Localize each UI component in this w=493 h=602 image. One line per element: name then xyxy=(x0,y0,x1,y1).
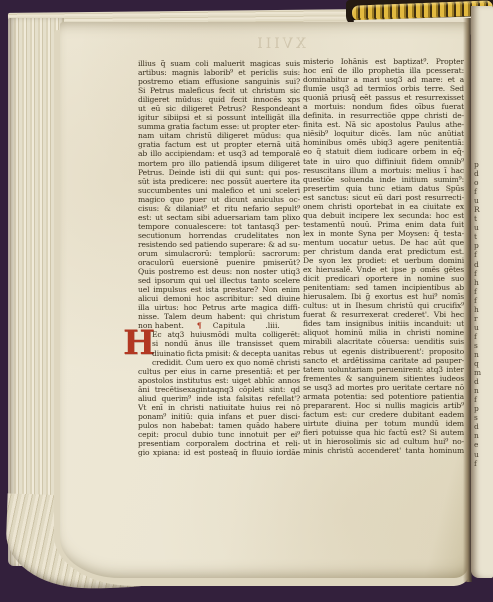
text-line: fides tam insignibus initiis incanduit: … xyxy=(303,319,464,328)
rubric-label: Capitula xyxy=(213,321,246,330)
text-line: diligeret mūdus: quid fecit innocēs xps xyxy=(138,95,300,104)
text-line: dominabitur a mari usq3 ad mare: et a xyxy=(303,75,464,84)
text-line: alicui demoni hoc ascribitur: sed diuine xyxy=(138,294,300,303)
line-fragment: t xyxy=(474,214,492,223)
line-fragment: u xyxy=(474,223,492,232)
text-line: mentum uocatur uetus. De hac aūt que xyxy=(303,238,464,247)
line-fragment: o xyxy=(474,178,492,187)
text-line: artibus: magnis laborib⁹ et periclis sui… xyxy=(138,68,300,77)
line-fragment: p xyxy=(474,160,492,169)
text-column-right: misterio Iohānis est baptizat⁹. Propterh… xyxy=(303,57,464,455)
text-line: cultus per eius in carne presentiā: et p… xyxy=(138,367,300,376)
line-fragment: f xyxy=(474,459,492,468)
line-fragment: f xyxy=(474,296,492,305)
text-line: eo q̃ statuit diem iudicare orbem in eq̃… xyxy=(303,147,464,156)
text-line: ut in hierosolimis sic ad cultum hui⁹ no… xyxy=(303,437,464,446)
text-line: ut eū sic diligeret Petrus? Respondeant xyxy=(138,104,300,113)
text-line: Quis postremo est deus: non noster utiq3 xyxy=(138,267,300,276)
text-line: dicit predicari oportere in nomine suo xyxy=(303,274,464,283)
text-line: fuerat & resurrexerat crederet'. Vbi hec xyxy=(303,310,464,319)
text-line: De syon lex prodiet: et uerbum domini xyxy=(303,256,464,265)
text-line: armata potentia: sed potentiore patienti… xyxy=(303,392,464,401)
text-line: se usq3 ad mortes pro ueritate certare n… xyxy=(303,383,464,392)
line-fragment: t xyxy=(474,232,492,241)
line-fragment: e xyxy=(474,440,492,449)
text-line: illa uirtus: hoc Petrus arte magica diff… xyxy=(138,303,300,312)
text-line: misterio Iohānis est baptizat⁹. Propter xyxy=(303,57,464,66)
text-line: āni trecētisexagintaqnq3 cōpleti sint: q… xyxy=(138,385,300,394)
text-line: Vt enī in christi natiuitate huius rei n… xyxy=(138,403,300,412)
text-line: illius q̃ suam coli maluerit magicas sui… xyxy=(138,59,300,68)
text-line: Ec atq3 huiusmōdi multa colligerēt: xyxy=(152,330,300,339)
text-line: magico quo puer ut dicunt aniculus oc- xyxy=(138,195,300,204)
text-line: factum est: cur credere dubitant eadem xyxy=(303,410,464,419)
rubric-line: non habent. ¶ Capitula .liii. xyxy=(138,321,300,330)
line-fragment: h xyxy=(474,305,492,314)
line-fragment: p xyxy=(474,404,492,413)
text-line: cultus: ut in Ihesum christū qui crucifi… xyxy=(303,301,464,310)
text-line: nam uitam christū diligeret mūdus: qua xyxy=(138,131,300,140)
line-fragment: p xyxy=(474,241,492,250)
line-fragment: f xyxy=(474,250,492,259)
text-line: postremo etiam effusione sanguinis sui? xyxy=(138,77,300,86)
line-fragment: u xyxy=(474,450,492,459)
line-fragment: f xyxy=(474,269,492,278)
text-line: flumīe usq3 ad termīos orbis terre. Sed xyxy=(303,84,464,93)
line-fragment: u xyxy=(474,323,492,332)
line-fragment: d xyxy=(474,422,492,431)
text-line: cisus: & dilaniat⁹ et ritu nefario sepul… xyxy=(138,204,300,213)
text-line: gio xpiana: id est posteaq̃ in fluuio io… xyxy=(138,448,300,457)
text-line: hoc enī de illo prophetia illa pcesserat… xyxy=(303,66,464,75)
line-fragment: f xyxy=(474,187,492,196)
text-line: tatem uoluntariam peruenirent: atq3 inte… xyxy=(303,365,464,374)
line-fragment: m xyxy=(474,368,492,377)
text-line: niēsib⁹ loquitur dicēs. Iam nūc anūtiat xyxy=(303,129,464,138)
text-line: uirtute diuina per totum mundū idem xyxy=(303,419,464,428)
text-line: minis christū accenderet' tanta hominum xyxy=(303,446,464,455)
line-fragment: r xyxy=(474,314,492,323)
text-line: prepararent. Hoc si nullis magicis artib… xyxy=(303,401,464,410)
text-line: questiōe soluenda inde initium sumim⁹: xyxy=(303,175,464,184)
text-line: testamentū nouū. Prima enim data fuit xyxy=(303,220,464,229)
text-line: sed ipsorum qui uel illectus tanto scele… xyxy=(138,276,300,285)
text-line: ex hierusalē. Vnde et ipse p omēs gētes xyxy=(303,265,464,274)
text-line: sūt ista predicere: nec possūt auertere … xyxy=(138,177,300,186)
text-line: succumbentes uni malefico et uni sceleri xyxy=(138,186,300,195)
text-line: diuinatio ficta pmisit: & decepta uanita… xyxy=(152,349,300,358)
text-line: per christum danda erat predictum est. xyxy=(303,247,464,256)
text-line: Si Petrus maleficus fecit ut christum si… xyxy=(138,86,300,95)
text-line: fieri potuisse qua hic factū est? Si aut… xyxy=(303,428,464,437)
line-fragment: s xyxy=(474,341,492,350)
text-line: tate in uiro quo diffiniuit fidem omnib⁹ xyxy=(303,157,464,166)
line-fragment: f xyxy=(474,395,492,404)
line-fragment: d xyxy=(474,169,492,178)
text-line: oraculorū euersionē puenire pmiserūt? xyxy=(138,258,300,267)
photo-of-open-book: XVIII illius q̃ suam coli maluerit magic… xyxy=(0,0,493,602)
text-line: apostolos institutus est: uiget abhīc an… xyxy=(138,376,300,385)
text-line: sancto et ardētissima caritate ad pauper… xyxy=(303,356,464,365)
line-fragment: d xyxy=(474,377,492,386)
line-fragment: q xyxy=(474,359,492,368)
rubric-before: non habent. xyxy=(138,321,184,330)
text-line: est: ut sectam sibi aduersariam tam plix… xyxy=(138,213,300,222)
pilcrow-icon: ¶ xyxy=(197,321,202,330)
text-line: cepit: procul dubio tunc innotuit per ei… xyxy=(138,430,300,439)
line-fragment: R xyxy=(474,205,492,214)
text-line: secutionum horrendas crudelitates non xyxy=(138,231,300,240)
text-line: rebus ut egenis distribuerent': proposit… xyxy=(303,347,464,356)
text-line: onem christi oportebat in ea ciuitate ex xyxy=(303,202,464,211)
column-upper-lines: illius q̃ suam coli maluerit magicas sui… xyxy=(138,59,300,321)
text-line: credidit. Cum uero ex quo nomē christi xyxy=(152,358,300,367)
text-line: nisse. Talem deum habent: qui christum xyxy=(138,312,300,321)
text-line: finita est. Nā sic apostolus Paulus athe… xyxy=(303,120,464,129)
line-fragment: n xyxy=(474,431,492,440)
text-line: mortem pro illo patiendā ipsum diligeret xyxy=(138,159,300,168)
text-line: resistendo sed patiendo superare: & ad s… xyxy=(138,240,300,249)
text-line: tempore conualescere: tot tantasq3 per- xyxy=(138,222,300,231)
text-line: frementes & sanguinem sitientes iudeos xyxy=(303,374,464,383)
column-lower-lines: Ec atq3 huiusmōdi multa colligerēt:si no… xyxy=(138,330,300,457)
line-fragment: n xyxy=(474,350,492,359)
text-line: definita. in resurrectiōe qppe christi d… xyxy=(303,111,464,120)
text-column-left: illius q̃ suam coli maluerit magicas sui… xyxy=(138,59,300,457)
text-line: ponam⁹ initiū: quia infans et puer disci… xyxy=(138,412,300,421)
text-line: summa gratia factum esse: ut propter ete… xyxy=(138,122,300,131)
text-line: quoniā priusq̃ eēt passus et resurrexiss… xyxy=(303,93,464,102)
text-line: ab illo accipiendam: et usq3 ad temporal… xyxy=(138,149,300,158)
text-line: est sanctus: sicut eū dari post resurrec… xyxy=(303,193,464,202)
facing-page-line-fragments: pdofuRtutpfdfhffhrufsnqmdnfpsdneuf xyxy=(474,160,492,468)
text-line: qua debuit incipere lex secunda: hoc est xyxy=(303,211,464,220)
text-line: presentiam corporalem doctrina et reli- xyxy=(138,439,300,448)
text-line: hominibus omēs ubiq3 agere penitentiā: xyxy=(303,138,464,147)
text-line: a mortuis: nondum fides oībus fuerat xyxy=(303,102,464,111)
text-line: presertim quia tunc etiam datus Spūs xyxy=(303,184,464,193)
text-line: gratia factum est ut propter eternā uitā xyxy=(138,140,300,149)
text-line: si nondū ānus ille transisset quem xyxy=(152,339,300,348)
line-fragment: s xyxy=(474,413,492,422)
text-line: pulos non habebat: tamen quādo habere xyxy=(138,421,300,430)
text-line: mirabili alacritate cōuersa: uenditis su… xyxy=(303,337,464,346)
line-fragment: n xyxy=(474,386,492,395)
line-fragment: h xyxy=(474,278,492,287)
text-line: aliud querim⁹ inde ista falsitas refella… xyxy=(138,394,300,403)
text-line: orum simulacrorū: templorū: sacrorum: xyxy=(138,249,300,258)
line-fragment: f xyxy=(474,287,492,296)
line-fragment: d xyxy=(474,260,492,269)
text-line: resuscitans illum a mortuis: melius ī ha… xyxy=(303,166,464,175)
chapter-number: .liii. xyxy=(265,321,280,330)
text-line: igitur sibiipsi et si possunt intelligāt… xyxy=(138,113,300,122)
folio-inscription: XVIII xyxy=(225,36,335,54)
text-line: lex in monte Syna per Moysen: q̃ testa- xyxy=(303,229,464,238)
text-line: uel impulsus est ista prestare? Non enim xyxy=(138,285,300,294)
column-lower-block: H Ec atq3 huiusmōdi multa colligerēt:si … xyxy=(138,330,300,457)
text-line: aliquot hominū milia in christi nomine xyxy=(303,328,464,337)
line-fragment: u xyxy=(474,196,492,205)
text-line: hierusalem. Ibi g̃ exortus est hui⁹ nomī… xyxy=(303,292,464,301)
chapter-initial-letter: H xyxy=(123,330,149,358)
line-fragment: f xyxy=(474,332,492,341)
text-line: Petrus. Deinde isti dii qui sunt: qui po… xyxy=(138,168,300,177)
text-line: penitentiam: sed tamen incipientibus ab xyxy=(303,283,464,292)
